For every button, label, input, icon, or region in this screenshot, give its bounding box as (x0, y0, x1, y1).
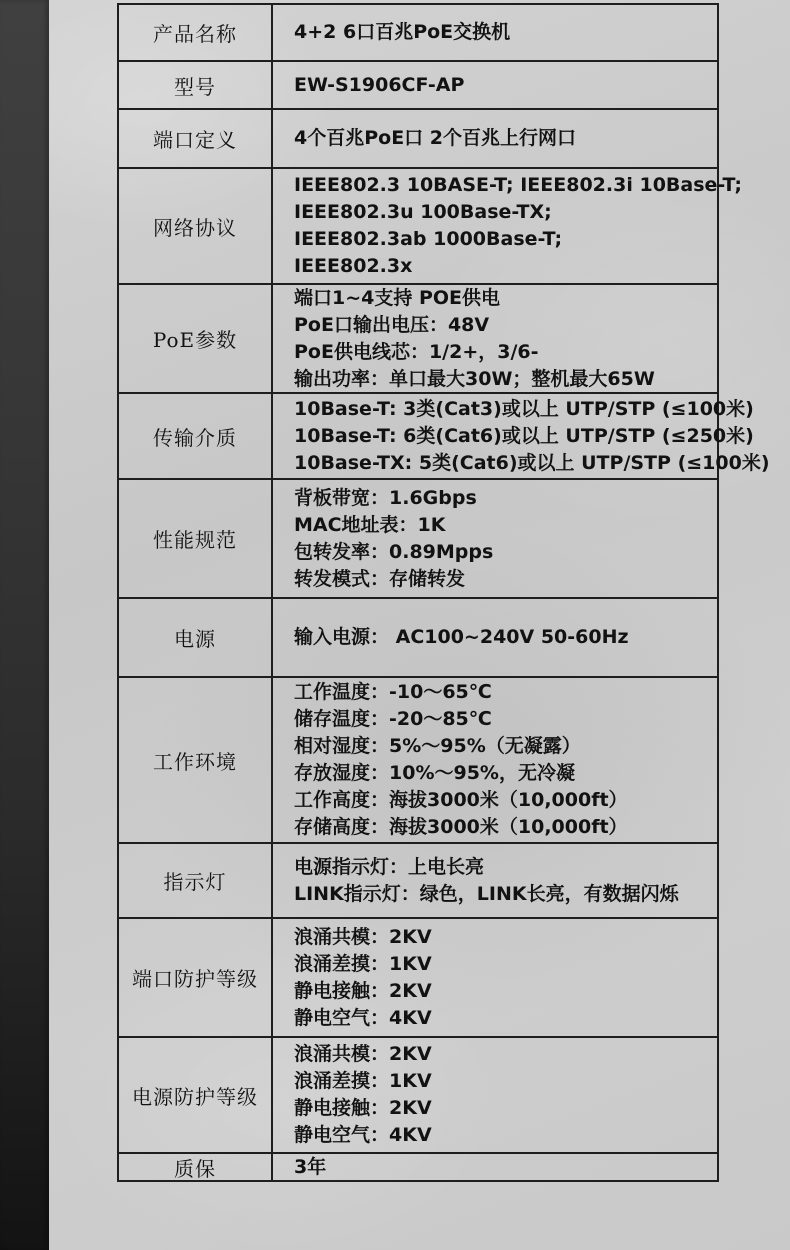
value-line: IEEE802.3 10BASE-T; IEEE802.3i 10Base-T; (294, 172, 742, 199)
value-line: IEEE802.3ab 1000Base-T; (294, 226, 562, 253)
row-value: IEEE802.3 10BASE-T; IEEE802.3i 10Base-T;… (273, 169, 746, 283)
value-line: 静电空气：4KV (294, 1005, 432, 1032)
table-row-product-name: 产品名称 4+2 6口百兆PoE交换机 (119, 5, 717, 62)
value-line: 转发模式：存储转发 (294, 566, 465, 593)
value-line: 端口1~4支持 POE供电 (294, 285, 500, 312)
row-value: 10Base-T: 3类(Cat3)或以上 UTP/STP (≤100米) 10… (273, 394, 774, 478)
value-line: 浪涌共模：2KV (294, 1041, 432, 1068)
value-line: 包转发率：0.89Mpps (294, 539, 493, 566)
value-line: 输出功率：单口最大30W；整机最大65W (294, 366, 655, 393)
value-line: 10Base-T: 6类(Cat6)或以上 UTP/STP (≤250米) (294, 423, 754, 450)
table-row-performance-spec: 性能规范 背板带宽：1.6Gbps MAC地址表：1K 包转发率：0.89Mpp… (119, 480, 717, 599)
row-label: 型号 (119, 62, 273, 108)
value-line: 4+2 6口百兆PoE交换机 (294, 19, 510, 46)
row-value: 工作温度：-10～65℃ 储存温度：-20～85℃ 相对湿度：5%～95%（无凝… (273, 678, 717, 842)
row-label: 产品名称 (119, 5, 273, 60)
table-row-network-protocol: 网络协议 IEEE802.3 10BASE-T; IEEE802.3i 10Ba… (119, 169, 717, 285)
value-line: 输入电源： AC100~240V 50-60Hz (294, 624, 629, 651)
row-label: 端口防护等级 (119, 919, 273, 1036)
value-line: IEEE802.3x (294, 253, 412, 280)
value-line: MAC地址表：1K (294, 512, 446, 539)
value-line: 3年 (294, 1156, 326, 1178)
value-line: 静电接触：2KV (294, 1095, 432, 1122)
value-line: LINK指示灯：绿色，LINK长亮，有数据闪烁 (294, 881, 679, 908)
row-value: 电源指示灯：上电长亮 LINK指示灯：绿色，LINK长亮，有数据闪烁 (273, 844, 717, 917)
value-line: IEEE802.3u 100Base-TX; (294, 199, 552, 226)
value-line: 浪涌共模：2KV (294, 924, 432, 951)
row-label: PoE参数 (119, 285, 273, 392)
value-line: 背板带宽：1.6Gbps (294, 485, 477, 512)
value-line: 存放湿度：10%～95%，无冷凝 (294, 760, 575, 787)
value-line: 工作温度：-10～65℃ (294, 679, 492, 706)
row-value: 背板带宽：1.6Gbps MAC地址表：1K 包转发率：0.89Mpps 转发模… (273, 480, 717, 597)
row-value: 输入电源： AC100~240V 50-60Hz (273, 599, 717, 676)
row-value: EW-S1906CF-AP (273, 62, 717, 108)
table-row-model: 型号 EW-S1906CF-AP (119, 62, 717, 110)
row-value: 4个百兆PoE口 2个百兆上行网口 (273, 110, 717, 167)
row-value: 浪涌共模：2KV 浪涌差摸：1KV 静电接触：2KV 静电空气：4KV (273, 919, 717, 1036)
value-line: 工作高度：海拔3000米（10,000ft） (294, 787, 628, 814)
value-line: 存储高度：海拔3000米（10,000ft） (294, 814, 628, 841)
row-value: 浪涌共模：2KV 浪涌差摸：1KV 静电接触：2KV 静电空气：4KV (273, 1038, 717, 1152)
row-label: 电源 (119, 599, 273, 676)
table-row-transmission-medium: 传输介质 10Base-T: 3类(Cat3)或以上 UTP/STP (≤100… (119, 394, 717, 480)
table-row-power: 电源 输入电源： AC100~240V 50-60Hz (119, 599, 717, 678)
table-row-poe-parameters: PoE参数 端口1~4支持 POE供电 PoE口输出电压：48V PoE供电线芯… (119, 285, 717, 394)
value-line: 静电接触：2KV (294, 978, 432, 1005)
value-line: 电源指示灯：上电长亮 (294, 854, 484, 881)
table-row-operating-environment: 工作环境 工作温度：-10～65℃ 储存温度：-20～85℃ 相对湿度：5%～9… (119, 678, 717, 844)
value-line: 10Base-TX: 5类(Cat6)或以上 UTP/STP (≤100米) (294, 450, 770, 477)
row-label: 工作环境 (119, 678, 273, 842)
value-line: 浪涌差摸：1KV (294, 951, 432, 978)
row-value: 4+2 6口百兆PoE交换机 (273, 5, 717, 60)
row-value: 3年 (273, 1154, 717, 1180)
row-label: 端口定义 (119, 110, 273, 167)
value-line: PoE口输出电压：48V (294, 312, 489, 339)
value-line: EW-S1906CF-AP (294, 72, 464, 99)
row-label: 传输介质 (119, 394, 273, 478)
table-row-power-protection-level: 电源防护等级 浪涌共模：2KV 浪涌差摸：1KV 静电接触：2KV 静电空气：4… (119, 1038, 717, 1154)
value-line: 储存温度：-20～85℃ (294, 706, 492, 733)
value-line: 相对湿度：5%～95%（无凝露） (294, 733, 581, 760)
value-line: 10Base-T: 3类(Cat3)或以上 UTP/STP (≤100米) (294, 396, 754, 423)
product-spec-table: 产品名称 4+2 6口百兆PoE交换机 型号 EW-S1906CF-AP 端口定… (117, 3, 719, 1182)
value-line: 4个百兆PoE口 2个百兆上行网口 (294, 125, 576, 152)
row-label: 网络协议 (119, 169, 273, 283)
table-row-indicator-lights: 指示灯 电源指示灯：上电长亮 LINK指示灯：绿色，LINK长亮，有数据闪烁 (119, 844, 717, 919)
left-dark-strip (0, 0, 49, 1250)
value-line: 浪涌差摸：1KV (294, 1068, 432, 1095)
table-row-port-definition: 端口定义 4个百兆PoE口 2个百兆上行网口 (119, 110, 717, 169)
row-value: 端口1~4支持 POE供电 PoE口输出电压：48V PoE供电线芯：1/2+，… (273, 285, 717, 392)
row-label: 电源防护等级 (119, 1038, 273, 1152)
row-label: 性能规范 (119, 480, 273, 597)
value-line: 静电空气：4KV (294, 1122, 432, 1149)
value-line: PoE供电线芯：1/2+，3/6- (294, 339, 539, 366)
table-row-port-protection-level: 端口防护等级 浪涌共模：2KV 浪涌差摸：1KV 静电接触：2KV 静电空气：4… (119, 919, 717, 1038)
table-row-warranty: 质保 3年 (119, 1154, 717, 1180)
row-label: 质保 (119, 1154, 273, 1180)
row-label: 指示灯 (119, 844, 273, 917)
